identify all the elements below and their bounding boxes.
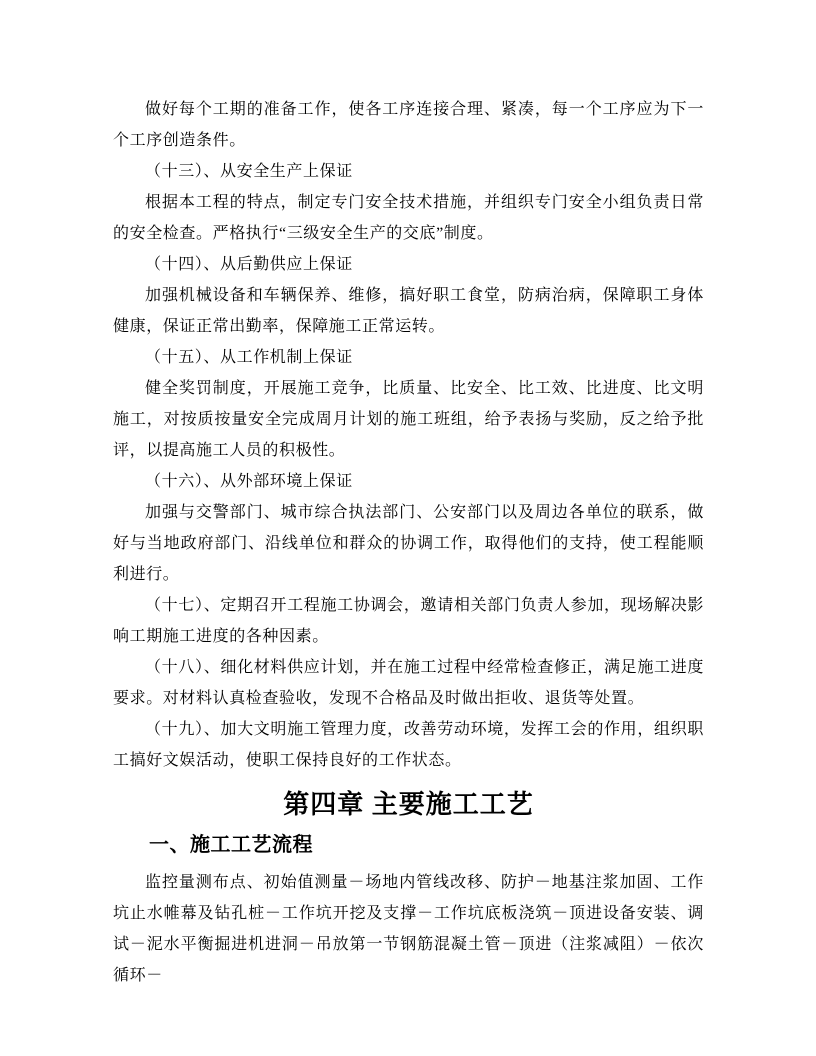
paragraph-work-mechanism: 健全奖罚制度，开展施工竞争，比质量、比安全、比工效、比进度、比文明施工，对按质按… — [113, 373, 704, 466]
item-13-heading: （十三）、从安全生产上保证 — [113, 156, 704, 187]
paragraph-external-environment: 加强与交警部门、城市综合执法部门、公安部门以及周边各单位的联系，做好与当地政府部… — [113, 497, 704, 590]
item-18-paragraph: （十八）、细化材料供应计划，并在施工过程中经常检查修正，满足施工进度要求。对材料… — [113, 652, 704, 714]
item-16-heading: （十六）、从外部环境上保证 — [113, 466, 704, 497]
document-page: 做好每个工期的准备工作，使各工序连接合理、紧凑，每一个工序应为下一个工序创造条件… — [0, 0, 816, 1056]
paragraph-safety-measures: 根据本工程的特点，制定专门安全技术措施，并组织专门安全小组负责日常的安全检查。严… — [113, 187, 704, 249]
chapter-4-title: 第四章 主要施工工艺 — [113, 786, 704, 824]
paragraph-logistics-supply: 加强机械设备和车辆保养、维修，搞好职工食堂，防病治病，保障职工身体健康，保证正常… — [113, 280, 704, 342]
section-1-title: 一、施工工艺流程 — [113, 830, 704, 860]
item-14-heading: （十四）、从后勤供应上保证 — [113, 249, 704, 280]
paragraph-work-preparation: 做好每个工期的准备工作，使各工序连接合理、紧凑，每一个工序应为下一个工序创造条件… — [113, 94, 704, 156]
item-19-paragraph: （十九）、加大文明施工管理力度，改善劳动环境，发挥工会的作用，组织职工搞好文娱活… — [113, 714, 704, 776]
item-17-paragraph: （十七）、定期召开工程施工协调会，邀请相关部门负责人参加，现场解决影响工期施工进… — [113, 590, 704, 652]
paragraph-process-flow: 监控量测布点、初始值测量－场地内管线改移、防护－地基注浆加固、工作坑止水帷幕及钻… — [113, 867, 704, 991]
item-15-heading: （十五）、从工作机制上保证 — [113, 342, 704, 373]
